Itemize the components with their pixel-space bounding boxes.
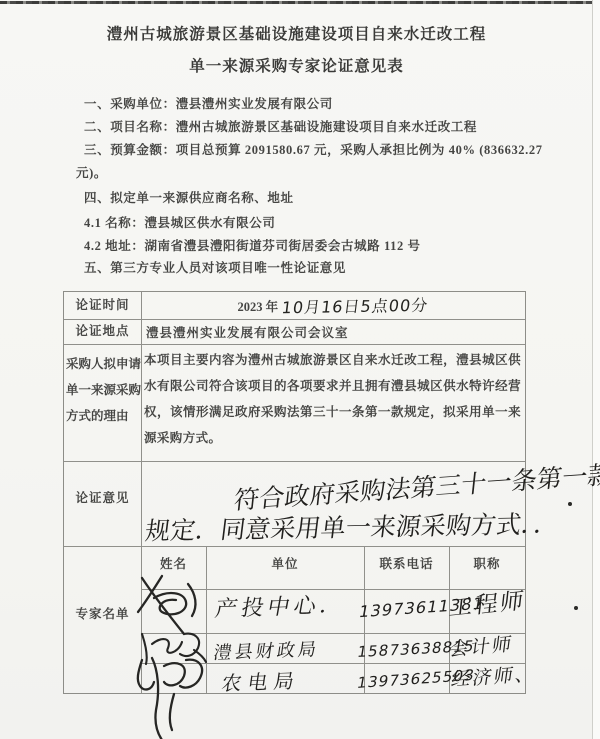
expert-1-title: 工程师 bbox=[448, 582, 528, 623]
expert-1-unit: 产投中心． bbox=[213, 588, 349, 624]
opinion-table: 论证时间 2023 年 10月16日5点00分 论证地点 澧县澧州实业发展有限公… bbox=[63, 291, 526, 694]
label-reason-line3: 方式的理由 bbox=[66, 406, 129, 424]
intro-line-budget-wrap: 元)。 bbox=[76, 163, 107, 181]
expert-3-title: 经济师、 bbox=[450, 659, 539, 692]
experts-col-phone: 联系电话 bbox=[364, 554, 449, 572]
intro-line-purchaser: 一、采购单位：澧县澧州实业发展有限公司 bbox=[84, 94, 333, 112]
table-line bbox=[64, 344, 525, 345]
time-handwritten-part: 10月16日5点00分 bbox=[281, 293, 430, 319]
label-expert-list: 专家名单 bbox=[64, 604, 141, 622]
opinion-handwritten-line2: 规定．同意采用单一来源采购方式．． bbox=[143, 504, 561, 547]
intro-line-supplier-head: 四、拟定单一来源供应商名称、地址 bbox=[84, 188, 294, 206]
table-line bbox=[64, 461, 525, 462]
scan-edge-right-pane bbox=[593, 0, 600, 739]
experts-col-unit: 单位 bbox=[206, 554, 364, 572]
scan-edge-top bbox=[0, 1, 600, 4]
intro-line-section5: 五、第三方专业人员对该项目唯一性论证意见 bbox=[84, 258, 346, 276]
expert-2-title: 会计师 bbox=[448, 629, 515, 661]
expert-signature-3 bbox=[128, 650, 214, 739]
experts-col-title: 职称 bbox=[449, 554, 525, 572]
intro-line-budget: 三、预算金额：项目总预算 2091580.67 元，采购人承担比例为 40% (… bbox=[84, 140, 543, 158]
expert-2-unit: 澧县财政局 bbox=[212, 635, 321, 665]
label-demonstration-time: 论证时间 bbox=[64, 292, 141, 319]
ink-dot bbox=[574, 606, 578, 610]
label-reason-line2: 单一来源采购 bbox=[66, 380, 141, 398]
document-title-line1: 澧州古城旅游景区基础设施建设项目自来水迁改工程 bbox=[0, 22, 593, 44]
demonstration-time-value: 2023 年 10月16日5点00分 bbox=[141, 294, 525, 317]
intro-line-supplier-name: 4.1 名称：澧县城区供水有限公司 bbox=[84, 213, 275, 231]
label-opinion: 论证意见 bbox=[64, 488, 141, 506]
demonstration-place-value: 澧县澧州实业发展有限公司会议室 bbox=[146, 323, 349, 341]
scanned-document-page: 澧州古城旅游景区基础设施建设项目自来水迁改工程 单一来源采购专家论证意见表 一、… bbox=[0, 0, 600, 739]
scan-edge-right-line bbox=[592, 0, 593, 739]
table-line bbox=[64, 546, 525, 547]
label-reason-line1: 采购人拟申请 bbox=[66, 354, 141, 372]
intro-line-supplier-addr: 4.2 地址：湖南省澧县澧阳街道芬司街居委会古城路 112 号 bbox=[84, 236, 421, 254]
intro-line-project-name: 二、项目名称：澧州古城旅游景区基础设施建设项目自来水迁改工程 bbox=[84, 117, 477, 135]
label-demonstration-place: 论证地点 bbox=[64, 319, 141, 344]
document-title-line2: 单一来源采购专家论证意见表 bbox=[0, 54, 593, 76]
reason-text: 本项目主要内容为澧州古城旅游景区自来水迁改工程，澧县城区供水有限公司符合该项目的… bbox=[144, 347, 521, 451]
time-printed-year: 2023 年 bbox=[238, 300, 279, 314]
ink-dot bbox=[568, 502, 572, 506]
expert-3-unit: 农电局 bbox=[220, 665, 303, 697]
